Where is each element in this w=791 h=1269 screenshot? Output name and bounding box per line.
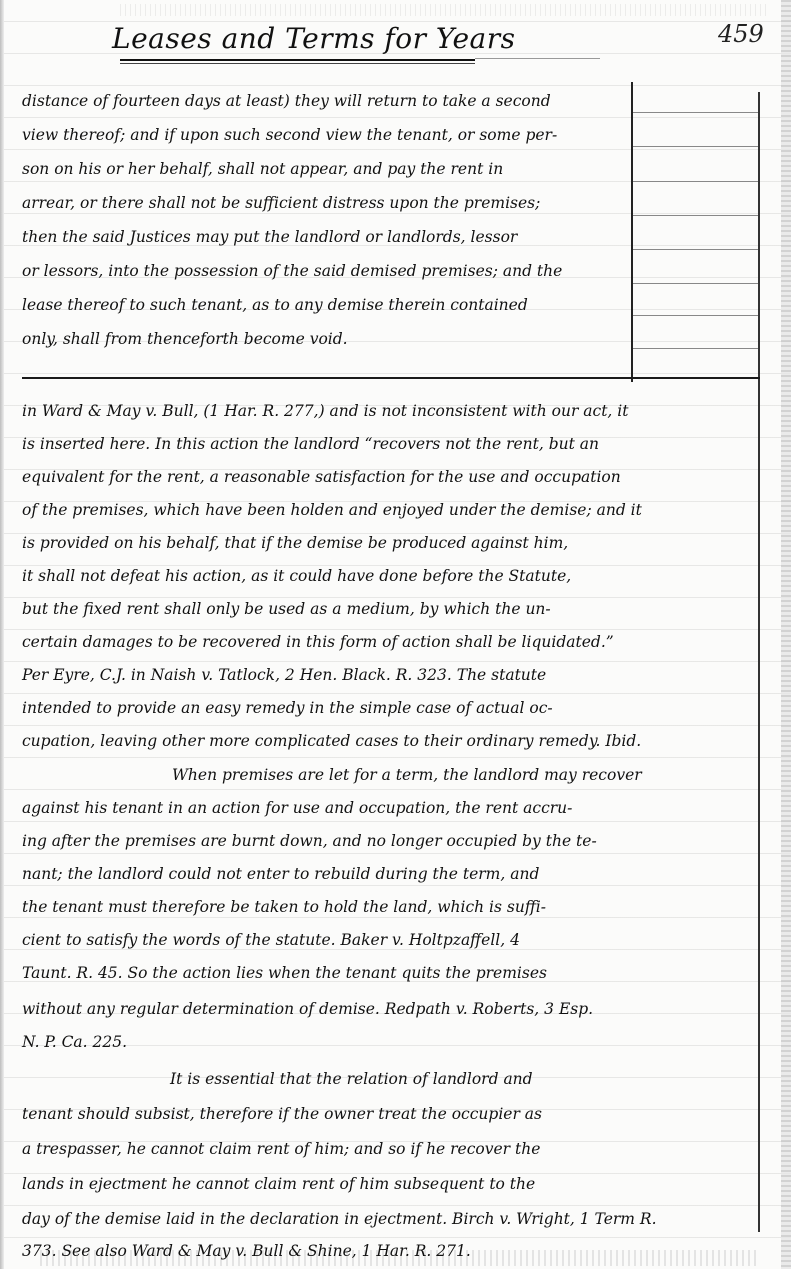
manuscript-page: Leases and Terms for Years 459 distance …	[0, 0, 791, 1269]
text-line: Per Eyre, C.J. in Naish v. Tatlock, 2 He…	[22, 664, 752, 686]
margin-rule	[633, 146, 758, 147]
margin-column-rule	[631, 82, 633, 382]
text-line: cient to satisfy the words of the statut…	[22, 929, 752, 951]
page-title: Leases and Terms for Years	[112, 22, 515, 55]
text-line: lease thereof to such tenant, as to any …	[22, 294, 622, 316]
text-line: son on his or her behalf, shall not appe…	[22, 158, 622, 180]
text-line: day of the demise laid in the declaratio…	[22, 1208, 752, 1230]
text-line: in Ward & May v. Bull, (1 Har. R. 277,) …	[22, 400, 752, 422]
text-line: or lessors, into the possession of the s…	[22, 260, 622, 282]
page-number: 459	[718, 20, 764, 48]
text-line: equivalent for the rent, a reasonable sa…	[22, 466, 752, 488]
text-line: intended to provide an easy remedy in th…	[22, 697, 752, 719]
text-line: is inserted here. In this action the lan…	[22, 433, 752, 455]
text-line: cupation, leaving other more complicated…	[22, 730, 752, 752]
scan-noise-top	[120, 4, 770, 16]
right-margin-rule	[758, 92, 760, 1232]
text-line: N. P. Ca. 225.	[22, 1031, 752, 1053]
paragraph-start-line: It is essential that the relation of lan…	[22, 1068, 791, 1090]
margin-rule	[633, 348, 758, 349]
section-divider	[22, 377, 760, 379]
text-line: Taunt. R. 45. So the action lies when th…	[22, 962, 752, 984]
margin-rule	[633, 215, 758, 216]
text-line: against his tenant in an action for use …	[22, 797, 752, 819]
margin-rule	[633, 249, 758, 250]
title-underline	[120, 59, 475, 61]
text-line: certain damages to be recovered in this …	[22, 631, 752, 653]
text-line: without any regular determination of dem…	[22, 998, 752, 1020]
text-line: tenant should subsist, therefore if the …	[22, 1103, 752, 1125]
margin-rule	[633, 283, 758, 284]
text-line: of the premises, which have been holden …	[22, 499, 752, 521]
text-line: ing after the premises are burnt down, a…	[22, 830, 752, 852]
text-line: distance of fourteen days at least) they…	[22, 90, 622, 112]
text-line: view thereof; and if upon such second vi…	[22, 124, 622, 146]
title-underline-secondary	[120, 63, 475, 64]
page-left-edge	[0, 0, 4, 1269]
text-line: a trespasser, he cannot claim rent of hi…	[22, 1138, 752, 1160]
margin-rule	[633, 181, 758, 182]
text-line: but the fixed rent shall only be used as…	[22, 598, 752, 620]
title-rule	[475, 58, 600, 59]
text-line: only, shall from thenceforth become void…	[22, 328, 622, 350]
text-line: is provided on his behalf, that if the d…	[22, 532, 752, 554]
text-line: arrear, or there shall not be sufficient…	[22, 192, 622, 214]
paragraph-start-line: When premises are let for a term, the la…	[22, 764, 791, 786]
text-line: 373. See also Ward & May v. Bull & Shine…	[22, 1240, 752, 1262]
margin-rule	[633, 315, 758, 316]
text-line: the tenant must therefore be taken to ho…	[22, 896, 752, 918]
text-line: lands in ejectment he cannot claim rent …	[22, 1173, 752, 1195]
margin-rule	[633, 112, 758, 113]
text-line: nant; the landlord could not enter to re…	[22, 863, 752, 885]
text-line: it shall not defeat his action, as it co…	[22, 565, 752, 587]
text-line: then the said Justices may put the landl…	[22, 226, 622, 248]
